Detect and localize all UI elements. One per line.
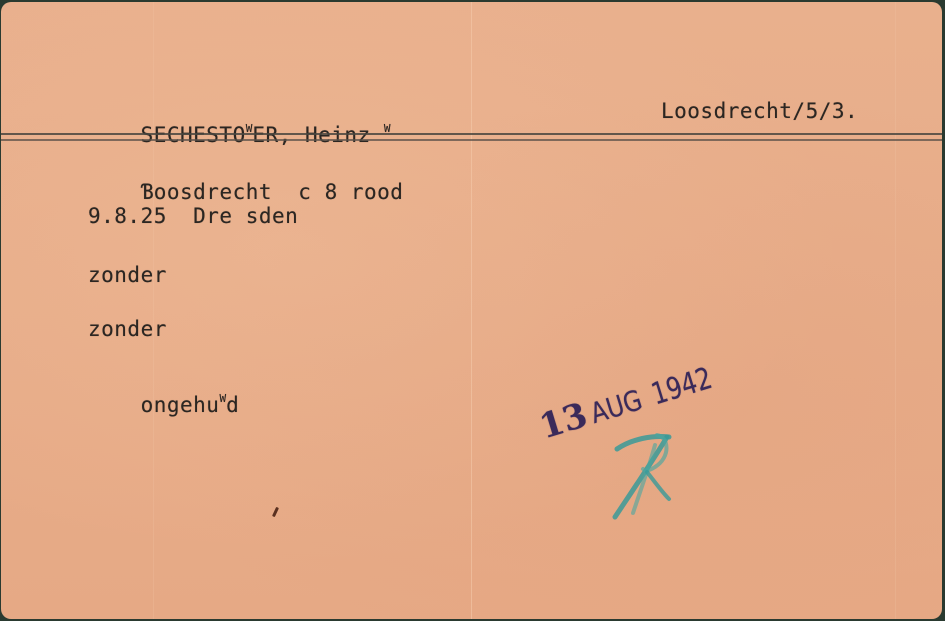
field-line-4: zonder (88, 317, 167, 341)
fold-line (471, 2, 472, 619)
registration-card: SECHESTOWER, Heinz W Loosdrecht/5/3. Ɓoo… (1, 2, 942, 619)
surname: SECHESTO (141, 123, 246, 147)
civil-status-field: ongehuWd (88, 369, 239, 441)
birth-field: 9.8.25 Dre sden (88, 204, 298, 228)
civil-status-correction: W (219, 392, 226, 405)
header-rule-bottom (1, 139, 942, 141)
fold-line (153, 2, 154, 619)
pen-mark (272, 507, 279, 517)
surname-end: ER, (252, 123, 291, 147)
field-line-3: zonder (88, 263, 167, 287)
given-name: Heinz (305, 123, 371, 147)
stamp-day: 13 (535, 395, 592, 447)
handwritten-initials-icon (607, 427, 687, 522)
civil-status-start: ongehu (141, 393, 220, 417)
civil-status-end: d (226, 393, 239, 417)
stamp-year: 1942 (647, 361, 716, 412)
stamp-month: AUG (586, 383, 646, 430)
residence-prefix: Ɓ (141, 180, 154, 204)
header-rule-top (1, 133, 942, 135)
residence-text: oosdrecht c 8 rood (154, 180, 404, 204)
card-reference: Loosdrecht/5/3. (661, 99, 858, 123)
fold-line (895, 2, 896, 619)
